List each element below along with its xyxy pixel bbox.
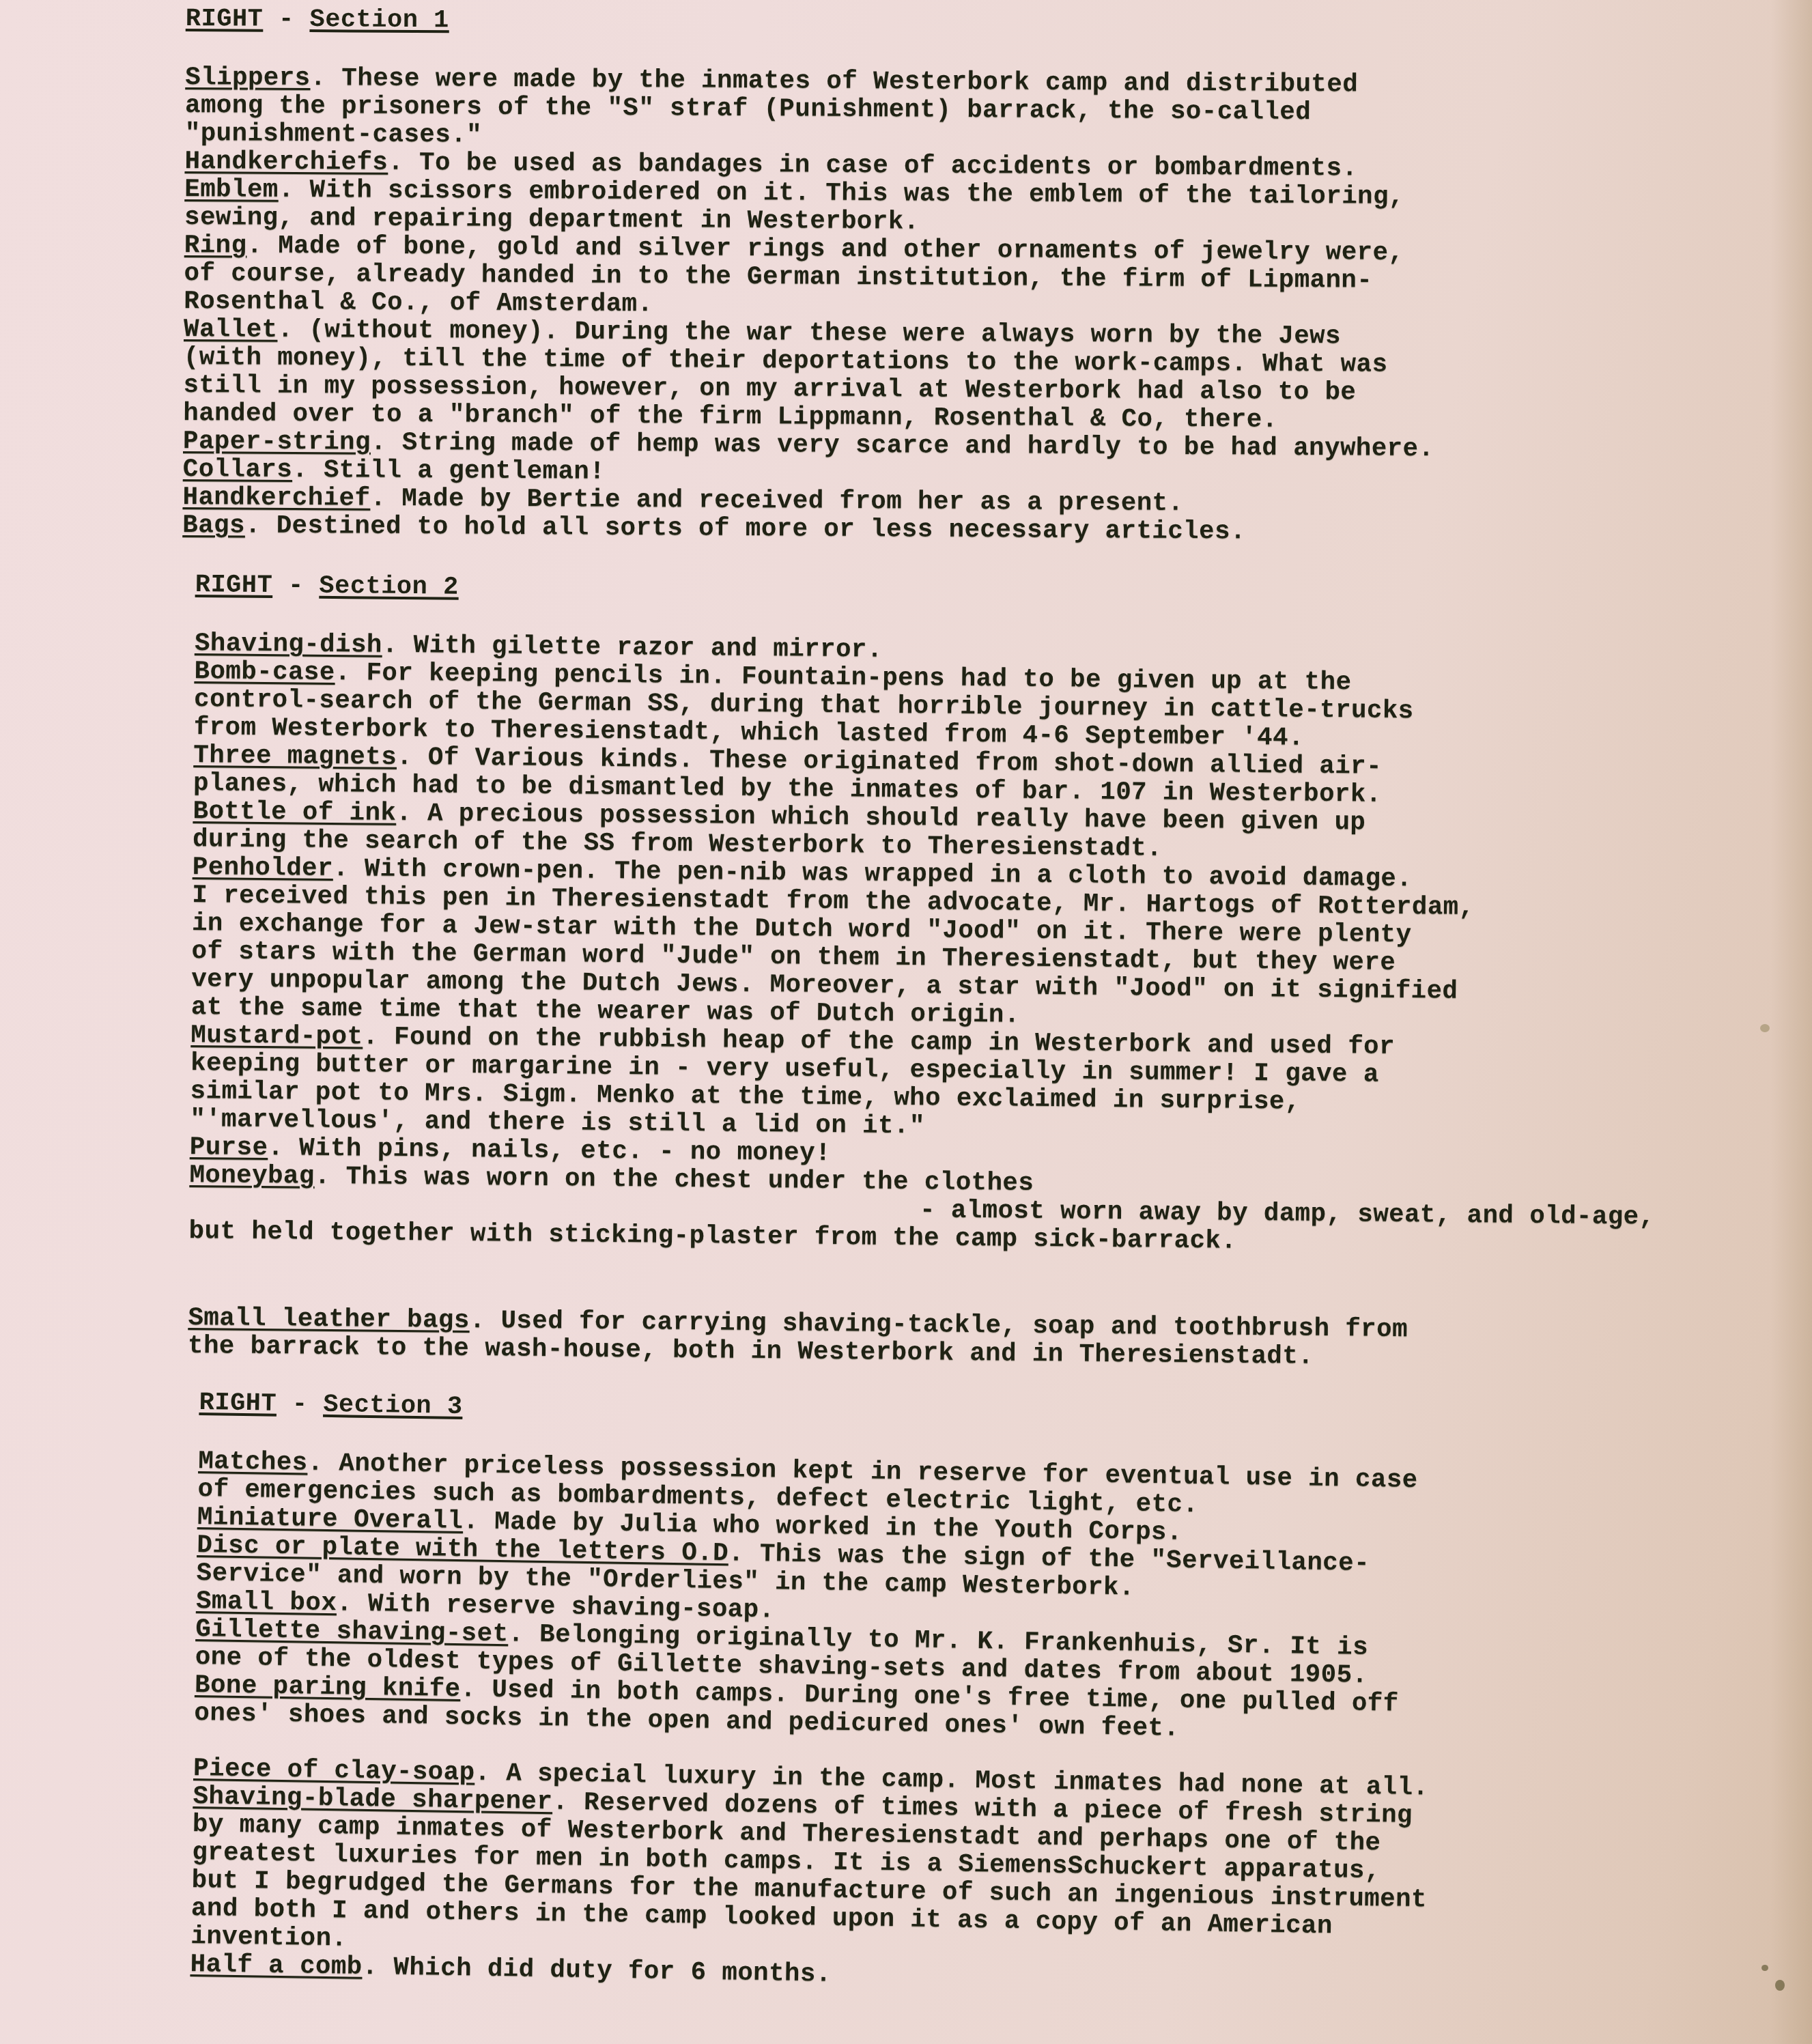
entry-term: Bomb-case — [194, 657, 335, 687]
heading-prefix: RIGHT — [195, 571, 273, 600]
entry-term: Wallet — [184, 315, 278, 345]
entry-term: Handkerchief — [182, 483, 370, 513]
entry-term: Ring — [184, 231, 247, 261]
heading-separator: - — [272, 571, 320, 601]
entry-text: . Destined to hold all sorts of more or … — [245, 512, 1246, 547]
entry-term: Miniature Overall — [197, 1503, 464, 1536]
entry-text: . (without money). During the war these … — [183, 316, 1387, 435]
entry-term: Slippers — [185, 63, 310, 93]
entry-term: Paper-string — [183, 427, 371, 457]
entry-mustard-pot: Mustard-pot. Found on the rubbish heap o… — [190, 1022, 1772, 1149]
heading-label: Section 1 — [309, 5, 449, 35]
entry-ring: Ring. Made of bone, gold and silver ring… — [184, 232, 1775, 326]
entry-text: . With scissors embroidered on it. This … — [184, 176, 1404, 237]
page-edge-shadow — [1771, 0, 1812, 2044]
entry-text: . For keeping pencils in. Fountain-pens … — [194, 659, 1414, 753]
entry-wallet: Wallet. (without money). During the war … — [183, 316, 1774, 438]
entry-term: Matches — [198, 1447, 308, 1478]
entry-list: Shaving-dish. With gilette razor and mir… — [188, 630, 1776, 1376]
heading-label: Section 2 — [319, 572, 459, 602]
entry-term: Purse — [190, 1133, 268, 1163]
entry-term: Three magnets — [193, 741, 397, 772]
entry-term: Bone paring knife — [195, 1671, 461, 1704]
heading-label: Section 3 — [323, 1391, 463, 1421]
entry-list: Matches. Another priceless possession ke… — [190, 1448, 1775, 2004]
entry-term: Emblem — [184, 175, 279, 205]
entry-term: Moneybag — [189, 1161, 315, 1191]
entry-term: Small box — [196, 1587, 337, 1618]
entry-text: . These were made by the inmates of West… — [185, 64, 1359, 150]
section-3: RIGHT - Section 3 Matches. Another price… — [190, 1388, 1776, 2004]
entry-text: . Reserved dozens of times with a piece … — [190, 1788, 1427, 1953]
typewritten-page: RIGHT - Section 1 Slippers. These were m… — [186, 4, 1776, 1979]
section-heading: RIGHT - Section 2 — [195, 570, 1776, 615]
entry-term: Small leather bags — [188, 1304, 470, 1335]
heading-separator: - — [277, 1390, 324, 1419]
entry-list: Slippers. These were made by the inmates… — [182, 64, 1776, 550]
entry-term: Shaving-dish — [195, 629, 382, 660]
entry-term: Bottle of ink — [193, 797, 396, 828]
entry-slippers: Slippers. These were made by the inmates… — [185, 64, 1776, 158]
entry-text: . Found on the rubbish heap of the camp … — [190, 1023, 1395, 1141]
entry-emblem: Emblem. With scissors embroidered on it.… — [184, 176, 1775, 242]
entry-term: Mustard-pot — [190, 1021, 363, 1051]
entry-term: Collars — [183, 455, 293, 485]
section-2: RIGHT - Section 2 Shaving-dish. With gil… — [188, 570, 1776, 1376]
section-heading: RIGHT - Section 3 — [199, 1388, 1776, 1443]
heading-prefix: RIGHT — [199, 1389, 277, 1419]
entry-term: Handkerchiefs — [184, 147, 388, 178]
entry-text: . Made of bone, gold and silver rings an… — [184, 232, 1404, 320]
entry-shaving-blade-sharpener: Shaving-blade sharpener. Reserved dozens… — [190, 1783, 1770, 1976]
section-heading: RIGHT - Section 1 — [186, 4, 1776, 44]
entry-term: Bags — [182, 511, 245, 541]
entry-text: . Still a gentleman! — [292, 456, 605, 487]
entry-term: Half a comb — [190, 1950, 363, 1982]
heading-separator: - — [263, 5, 309, 34]
entry-term: Penholder — [193, 853, 334, 883]
entry-bomb-case: Bomb-case. For keeping pencils in. Fount… — [194, 658, 1776, 757]
entry-text: . With crown-pen. The pen-nib was wrappe… — [191, 855, 1475, 1030]
heading-prefix: RIGHT — [186, 5, 264, 34]
section-1: RIGHT - Section 1 Slippers. These were m… — [182, 4, 1776, 550]
entry-penholder: Penholder. With crown-pen. The pen-nib w… — [191, 854, 1774, 1037]
